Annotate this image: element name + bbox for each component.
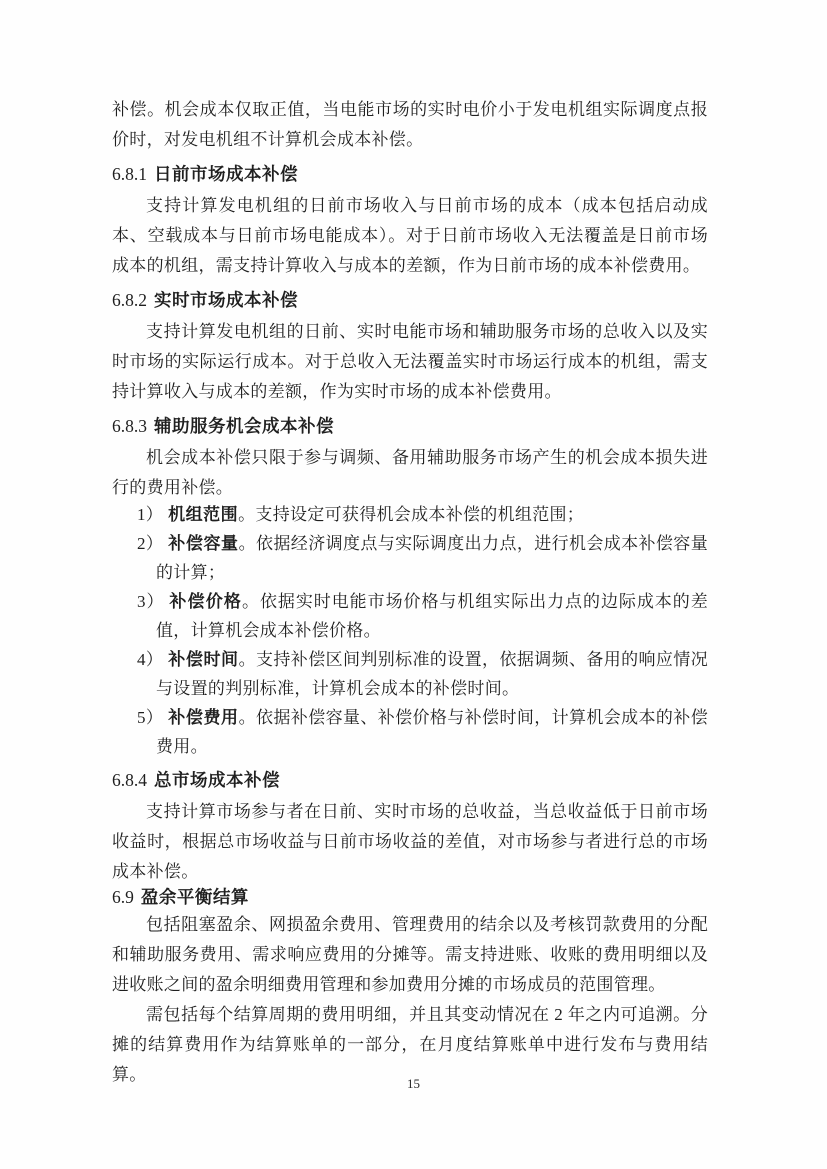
heading-title: 辅助服务机会成本补偿 (154, 416, 334, 436)
document-page: 补偿。机会成本仅取正值，当电能市场的实时电价小于发电机组实际调度点报价时，对发电… (0, 0, 827, 1169)
list-item-text: 。支持设定可获得机会成本补偿的机组范围； (238, 505, 584, 524)
list-item-4: 4）补偿时间。支持补偿区间判别标准的设置，依据调频、备用的响应情况与设置的判别标… (112, 645, 708, 703)
heading-number: 6.9 (112, 887, 134, 907)
list-item-term: 补偿价格 (169, 592, 242, 611)
heading-number: 6.8.4 (112, 770, 147, 790)
heading-title: 实时市场成本补偿 (154, 290, 298, 310)
list-item-term: 补偿容量 (168, 534, 238, 553)
paragraph-6-8-2: 支持计算发电机组的日前、实时电能市场和辅助服务市场的总收入以及实时市场的实际运行… (112, 317, 708, 407)
list-item-term: 补偿费用 (168, 708, 238, 727)
continuation-paragraph: 补偿。机会成本仅取正值，当电能市场的实时电价小于发电机组实际调度点报价时，对发电… (112, 95, 708, 155)
paragraph-6-9-a: 包括阻塞盈余、网损盈余费用、管理费用的结余以及考核罚款费用的分配和辅助服务费用、… (112, 910, 708, 1000)
heading-title: 总市场成本补偿 (154, 770, 280, 790)
list-item-2: 2）补偿容量。依据经济调度点与实际调度出力点，进行机会成本补偿容量的计算； (112, 529, 708, 587)
list-item-1: 1）机组范围。支持设定可获得机会成本补偿的机组范围； (112, 500, 708, 529)
section-heading-6-8-3: 6.8.3辅助服务机会成本补偿 (112, 411, 708, 442)
section-heading-6-8-4: 6.8.4总市场成本补偿 (112, 765, 708, 796)
paragraph-6-8-1: 支持计算发电机组的日前市场收入与日前市场的成本（成本包括启动成本、空载成本与日前… (112, 191, 708, 281)
list-item-text: 。支持补偿区间判别标准的设置，依据调频、备用的响应情况与设置的判别标准，计算机会… (156, 650, 708, 698)
list-item-number: 1） (137, 505, 163, 524)
paragraph-6-8-3: 机会成本补偿只限于参与调频、备用辅助服务市场产生的机会成本损失进行的费用补偿。 (112, 443, 708, 503)
heading-title: 日前市场成本补偿 (154, 164, 298, 184)
heading-number: 6.8.1 (112, 164, 147, 184)
page-number: 15 (0, 1076, 827, 1092)
heading-number: 6.8.3 (112, 416, 147, 436)
list-item-term: 机组范围 (168, 505, 238, 524)
list-item-number: 5） (137, 708, 163, 727)
section-heading-6-8-2: 6.8.2实时市场成本补偿 (112, 285, 708, 316)
section-heading-6-8-1: 6.8.1日前市场成本补偿 (112, 159, 708, 190)
list-item-3: 3）补偿价格。依据实时电能市场价格与机组实际出力点的边际成本的差值，计算机会成本… (112, 587, 708, 645)
list-item-number: 4） (137, 650, 163, 669)
heading-title: 盈余平衡结算 (141, 887, 249, 907)
paragraph-6-8-4: 支持计算市场参与者在日前、实时市场的总收益，当总收益低于日前市场收益时，根据总市… (112, 797, 708, 887)
list-item-number: 2） (137, 534, 163, 553)
list-item-text: 。依据补偿容量、补偿价格与补偿时间，计算机会成本的补偿费用。 (156, 708, 708, 756)
list-item-text: 。依据经济调度点与实际调度出力点，进行机会成本补偿容量的计算； (156, 534, 708, 582)
list-item-term: 补偿时间 (168, 650, 238, 669)
list-item-5: 5）补偿费用。依据补偿容量、补偿价格与补偿时间，计算机会成本的补偿费用。 (112, 703, 708, 761)
section-heading-6-9: 6.9盈余平衡结算 (112, 882, 708, 913)
numbered-list: 1）机组范围。支持设定可获得机会成本补偿的机组范围； 2）补偿容量。依据经济调度… (112, 500, 708, 761)
document-content: 补偿。机会成本仅取正值，当电能市场的实时电价小于发电机组实际调度点报价时，对发电… (112, 95, 708, 1090)
heading-number: 6.8.2 (112, 290, 147, 310)
list-item-number: 3） (137, 592, 164, 611)
